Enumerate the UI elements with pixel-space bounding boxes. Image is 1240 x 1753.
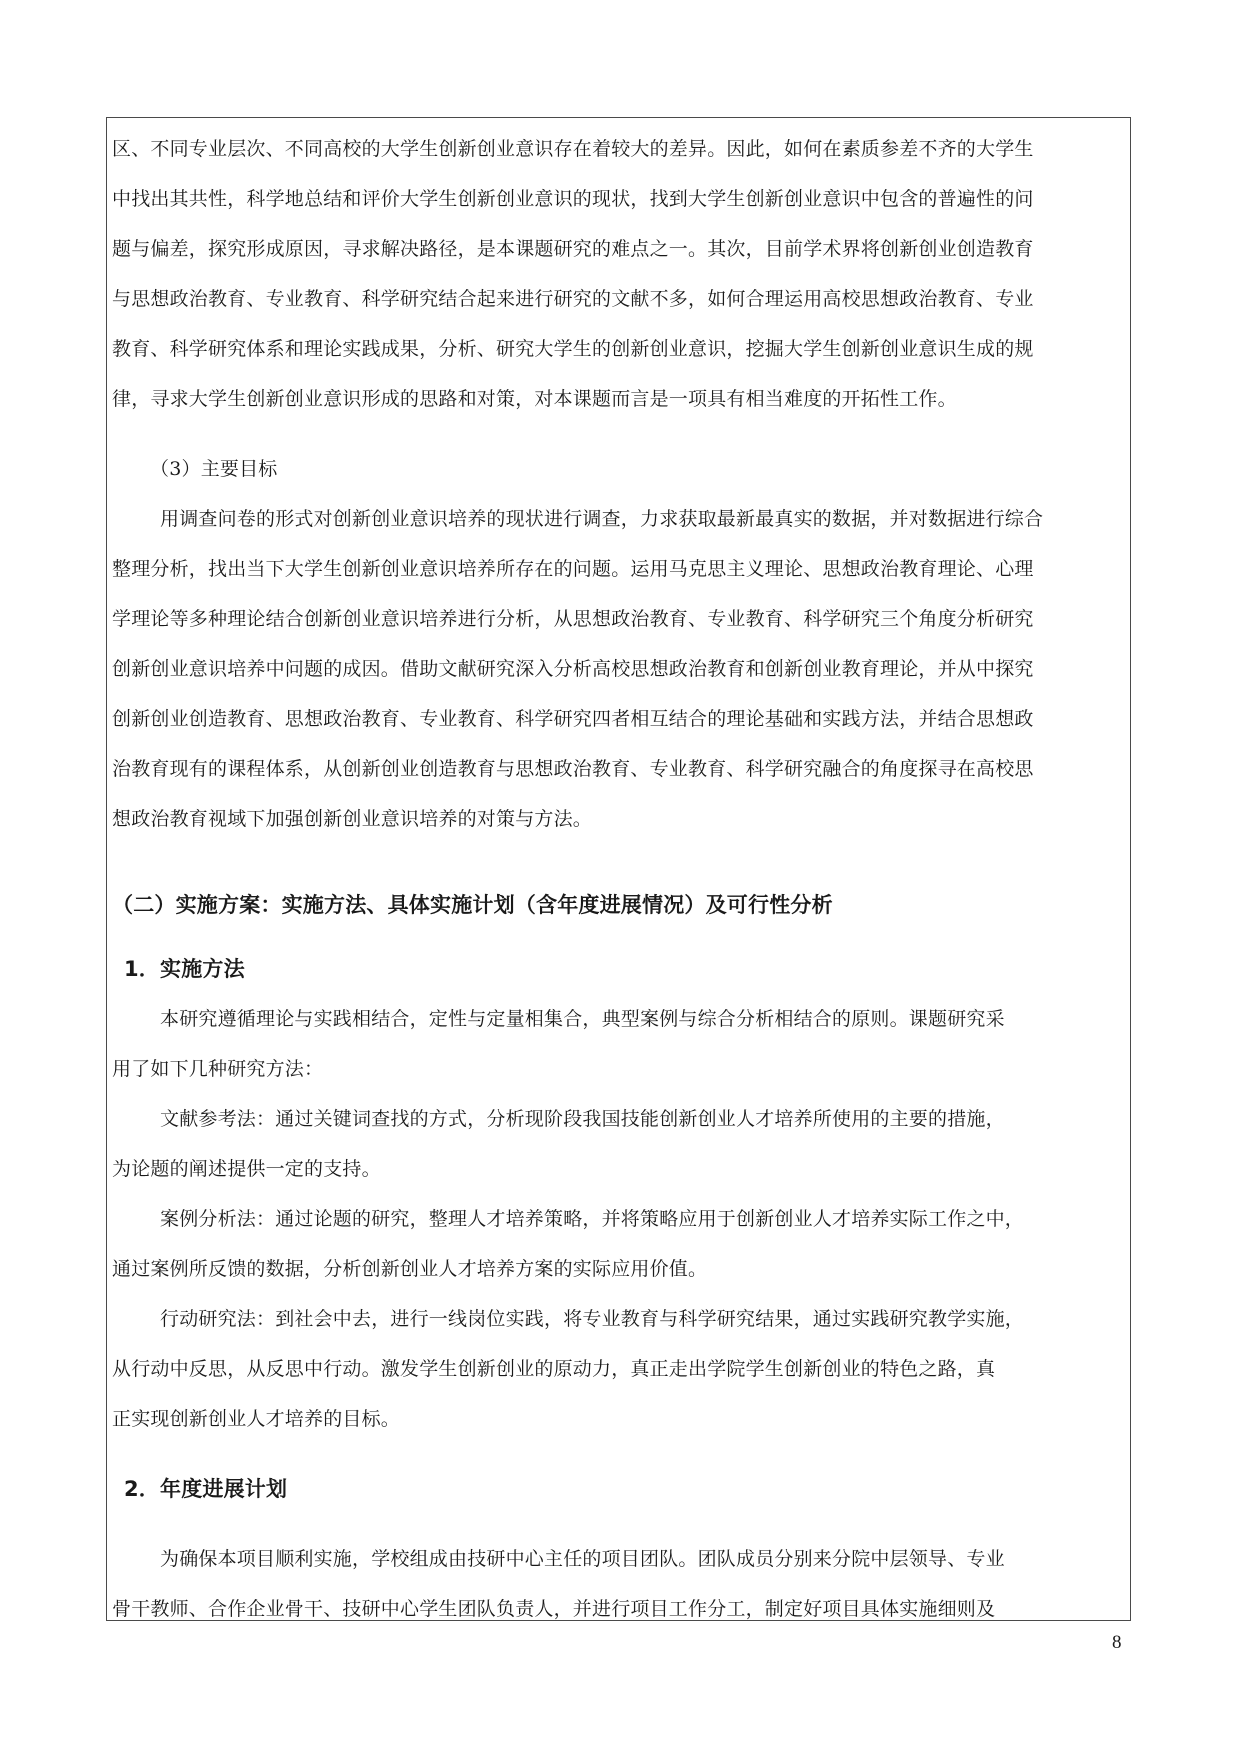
subsection-heading-annual-plan: 2．年度进展计划 <box>124 1477 1140 1501</box>
paragraph-line: 行动研究法：到社会中去，进行一线岗位实践，将专业教育与科学研究结果，通过实践研究… <box>160 1307 1128 1331</box>
paragraph-line: 通过案例所反馈的数据，分析创新创业人才培养方案的实际应用价值。 <box>112 1257 1128 1281</box>
paragraph-line: 用调查问卷的形式对创新创业意识培养的现状进行调查，力求获取最新最真实的数据，并对… <box>160 507 1128 531</box>
paragraph-line: 教育、科学研究体系和理论实践成果，分析、研究大学生的创新创业意识，挖掘大学生创新… <box>112 337 1128 361</box>
paragraph-line: 正实现创新创业人才培养的目标。 <box>112 1407 1128 1431</box>
paragraph-line: 学理论等多种理论结合创新创业意识培养进行分析，从思想政治教育、专业教育、科学研究… <box>112 607 1128 631</box>
paragraph-line: 与思想政治教育、专业教育、科学研究结合起来进行研究的文献不多，如何合理运用高校思… <box>112 287 1128 311</box>
paragraph-line: 骨干教师、合作企业骨干、技研中心学生团队负责人，并进行项目工作分工，制定好项目具… <box>112 1597 1128 1621</box>
subheading-main-goals: （3）主要目标 <box>150 457 1166 481</box>
paragraph-line: 整理分析，找出当下大学生创新创业意识培养所存在的问题。运用马克思主义理论、思想政… <box>112 557 1128 581</box>
paragraph-line: 创新创业意识培养中问题的成因。借助文献研究深入分析高校思想政治教育和创新创业教育… <box>112 657 1128 681</box>
section-heading-implementation-plan: （二）实施方案：实施方法、具体实施计划（含年度进展情况）及可行性分析 <box>112 893 1128 917</box>
page-number: 8 <box>1112 1632 1122 1654</box>
paragraph-line: 从行动中反思，从反思中行动。激发学生创新创业的原动力，真正走出学院学生创新创业的… <box>112 1357 1128 1381</box>
paragraph-line: 区、不同专业层次、不同高校的大学生创新创业意识存在着较大的差异。因此，如何在素质… <box>112 137 1128 161</box>
paragraph-line: 创新创业创造教育、思想政治教育、专业教育、科学研究四者相互结合的理论基础和实践方… <box>112 707 1128 731</box>
paragraph-line: 想政治教育视域下加强创新创业意识培养的对策与方法。 <box>112 807 1128 831</box>
paragraph-line: 为论题的阐述提供一定的支持。 <box>112 1157 1128 1181</box>
paragraph-line: 为确保本项目顺利实施，学校组成由技研中心主任的项目团队。团队成员分别来分院中层领… <box>160 1547 1128 1571</box>
paragraph-line: 题与偏差，探究形成原因，寻求解决路径，是本课题研究的难点之一。其次，目前学术界将… <box>112 237 1128 261</box>
paragraph-line: 案例分析法：通过论题的研究，整理人才培养策略，并将策略应用于创新创业人才培养实际… <box>160 1207 1128 1231</box>
paragraph-line: 本研究遵循理论与实践相结合，定性与定量相集合，典型案例与综合分析相结合的原则。课… <box>160 1007 1128 1031</box>
paragraph-line: 中找出其共性，科学地总结和评价大学生创新创业意识的现状，找到大学生创新创业意识中… <box>112 187 1128 211</box>
paragraph-line: 用了如下几种研究方法： <box>112 1057 1128 1081</box>
paragraph-line: 文献参考法：通过关键词查找的方式，分析现阶段我国技能创新创业人才培养所使用的主要… <box>160 1107 1128 1131</box>
paragraph-line: 律，寻求大学生创新创业意识形成的思路和对策，对本课题而言是一项具有相当难度的开拓… <box>112 387 1128 411</box>
paragraph-line: 治教育现有的课程体系，从创新创业创造教育与思想政治教育、专业教育、科学研究融合的… <box>112 757 1128 781</box>
subsection-heading-methods: 1．实施方法 <box>124 957 1140 981</box>
